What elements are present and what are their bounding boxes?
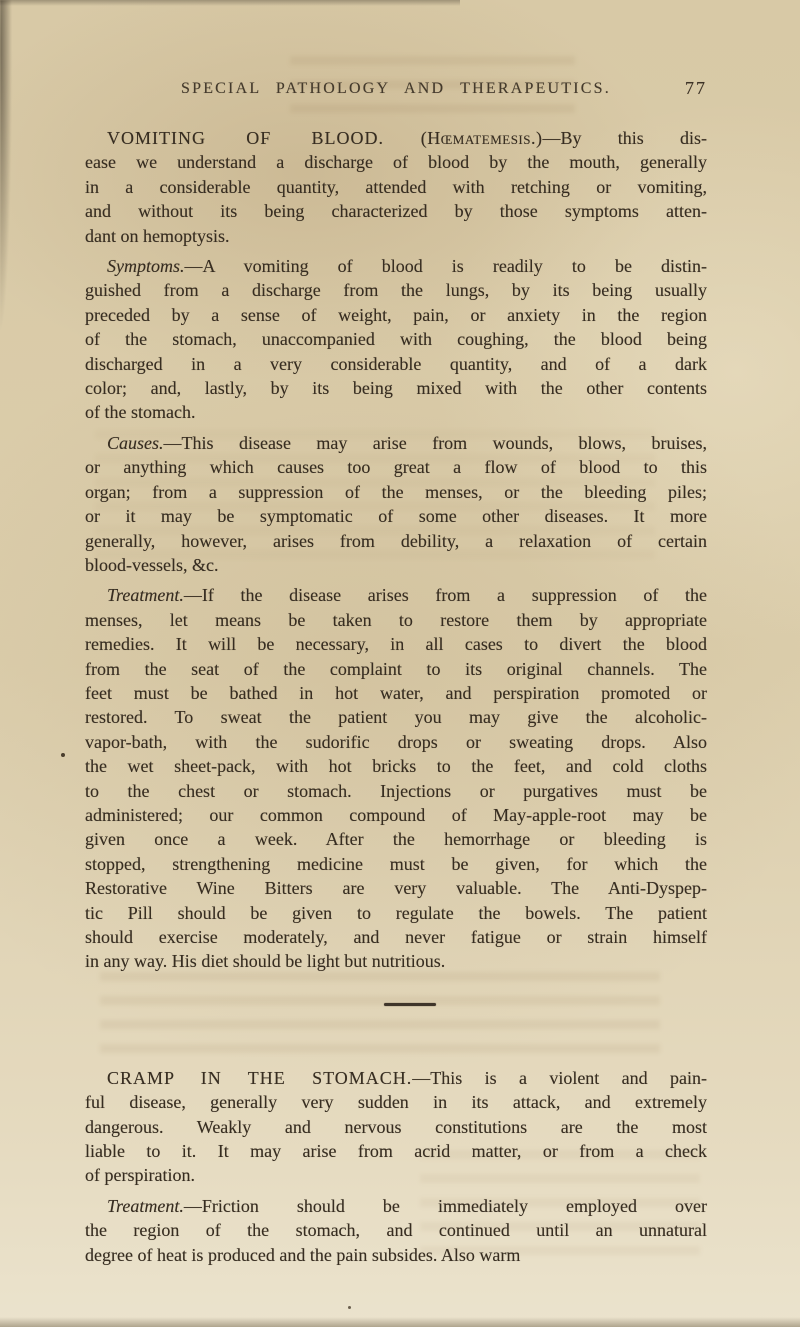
- paragraph-lead: Treatment.: [107, 1196, 184, 1216]
- text-line: to the chest or stomach. Injections or p…: [85, 779, 707, 803]
- text-line: the region of the stomach, and continued…: [85, 1218, 707, 1242]
- ink-speck: [61, 753, 65, 757]
- text-line: the wet sheet-pack, with hot bricks to t…: [85, 754, 707, 778]
- text-line: guished from a discharge from the lungs,…: [85, 278, 707, 302]
- text-line: remedies. It will be necessary, in all c…: [85, 632, 707, 656]
- paragraph: Symptoms.—A vomiting of blood is readily…: [85, 254, 707, 425]
- text-line: restored. To sweat the patient you may g…: [85, 705, 707, 729]
- text-line: should exercise moderately, and never fa…: [85, 925, 707, 949]
- text-line: color; and, lastly, by its being mixed w…: [85, 376, 707, 400]
- text-line: dant on hemoptysis.: [85, 224, 707, 248]
- text-line: blood-vessels, &c.: [85, 553, 707, 577]
- text-line: and without its being characterized by t…: [85, 199, 707, 223]
- page-number: 77: [685, 78, 707, 99]
- paragraph-lead: CRAMP IN THE STOMACH.: [107, 1068, 412, 1088]
- scan-edge-top-shadow: [0, 0, 460, 6]
- text-line: or anything which causes too great a flo…: [85, 455, 707, 479]
- paragraph-lead: (Hœmatemesis.): [384, 128, 542, 148]
- text-line: Symptoms.—A vomiting of blood is readily…: [85, 254, 707, 278]
- text-line: stopped, strengthening medicine must be …: [85, 852, 707, 876]
- text-line: of the stomach.: [85, 400, 707, 424]
- text-line: vapor-bath, with the sudorific drops or …: [85, 730, 707, 754]
- paragraph: VOMITING OF BLOOD. (Hœmatemesis.)—By thi…: [85, 126, 707, 248]
- scan-edge-left-shadow: [0, 0, 18, 460]
- text-line: Causes.—This disease may arise from woun…: [85, 431, 707, 455]
- paragraph-lead: VOMITING OF BLOOD.: [107, 128, 384, 148]
- text-line: liable to it. It may arise from acrid ma…: [85, 1139, 707, 1163]
- paragraph-lead: Treatment.: [107, 585, 184, 605]
- paragraph: Treatment.—Friction should be immediatel…: [85, 1194, 707, 1267]
- paragraph-lead: Causes.: [107, 433, 164, 453]
- text-line: tic Pill should be given to regulate the…: [85, 901, 707, 925]
- running-title: SPECIAL PATHOLOGY AND THERAPEUTICS.: [181, 80, 611, 97]
- paragraph: CRAMP IN THE STOMACH.—This is a violent …: [85, 1066, 707, 1188]
- book-page: SPECIAL PATHOLOGY AND THERAPEUTICS. 77 V…: [0, 0, 800, 1327]
- text-line: given once a week. After the hemorrhage …: [85, 827, 707, 851]
- text-line: ease we understand a discharge of blood …: [85, 150, 707, 174]
- text-line: VOMITING OF BLOOD. (Hœmatemesis.)—By thi…: [85, 126, 707, 150]
- text-line: Restorative Wine Bitters are very valuab…: [85, 876, 707, 900]
- text-line: in a considerable quantity, attended wit…: [85, 175, 707, 199]
- text-line: in any way. His diet should be light but…: [85, 949, 707, 973]
- text-line: ful disease, generally very sudden in it…: [85, 1090, 707, 1114]
- text-line: preceded by a sense of weight, pain, or …: [85, 303, 707, 327]
- text-line: dangerous. Weakly and nervous constituti…: [85, 1115, 707, 1139]
- text-line: of perspiration.: [85, 1163, 707, 1187]
- paragraph: Treatment.—If the disease arises from a …: [85, 583, 707, 974]
- scan-edge-bottom-shadow: [0, 1317, 800, 1327]
- text-line: organ; from a suppression of the menses,…: [85, 480, 707, 504]
- text-line: discharged in a very considerable quanti…: [85, 352, 707, 376]
- running-header: SPECIAL PATHOLOGY AND THERAPEUTICS. 77: [85, 80, 707, 100]
- text-line: menses, let means be taken to restore th…: [85, 608, 707, 632]
- text-line: or it may be symptomatic of some other d…: [85, 504, 707, 528]
- paragraph-lead: Symptoms.: [107, 256, 185, 276]
- text-line: Treatment.—If the disease arises from a …: [85, 583, 707, 607]
- text-line: of the stomach, unaccompanied with cough…: [85, 327, 707, 351]
- text-line: feet must be bathed in hot water, and pe…: [85, 681, 707, 705]
- text-line: generally, however, arises from debility…: [85, 529, 707, 553]
- text-line: administered; our common compound of May…: [85, 803, 707, 827]
- paragraph: Causes.—This disease may arise from woun…: [85, 431, 707, 577]
- section-divider: [384, 1003, 436, 1006]
- text-line: Treatment.—Friction should be immediatel…: [85, 1194, 707, 1218]
- text-line: CRAMP IN THE STOMACH.—This is a violent …: [85, 1066, 707, 1090]
- text-column: SPECIAL PATHOLOGY AND THERAPEUTICS. 77 V…: [85, 80, 707, 1273]
- page-body: VOMITING OF BLOOD. (Hœmatemesis.)—By thi…: [85, 126, 707, 1267]
- text-line: degree of heat is produced and the pain …: [85, 1243, 707, 1267]
- ink-speck: [348, 1306, 351, 1309]
- text-line: from the seat of the complaint to its or…: [85, 657, 707, 681]
